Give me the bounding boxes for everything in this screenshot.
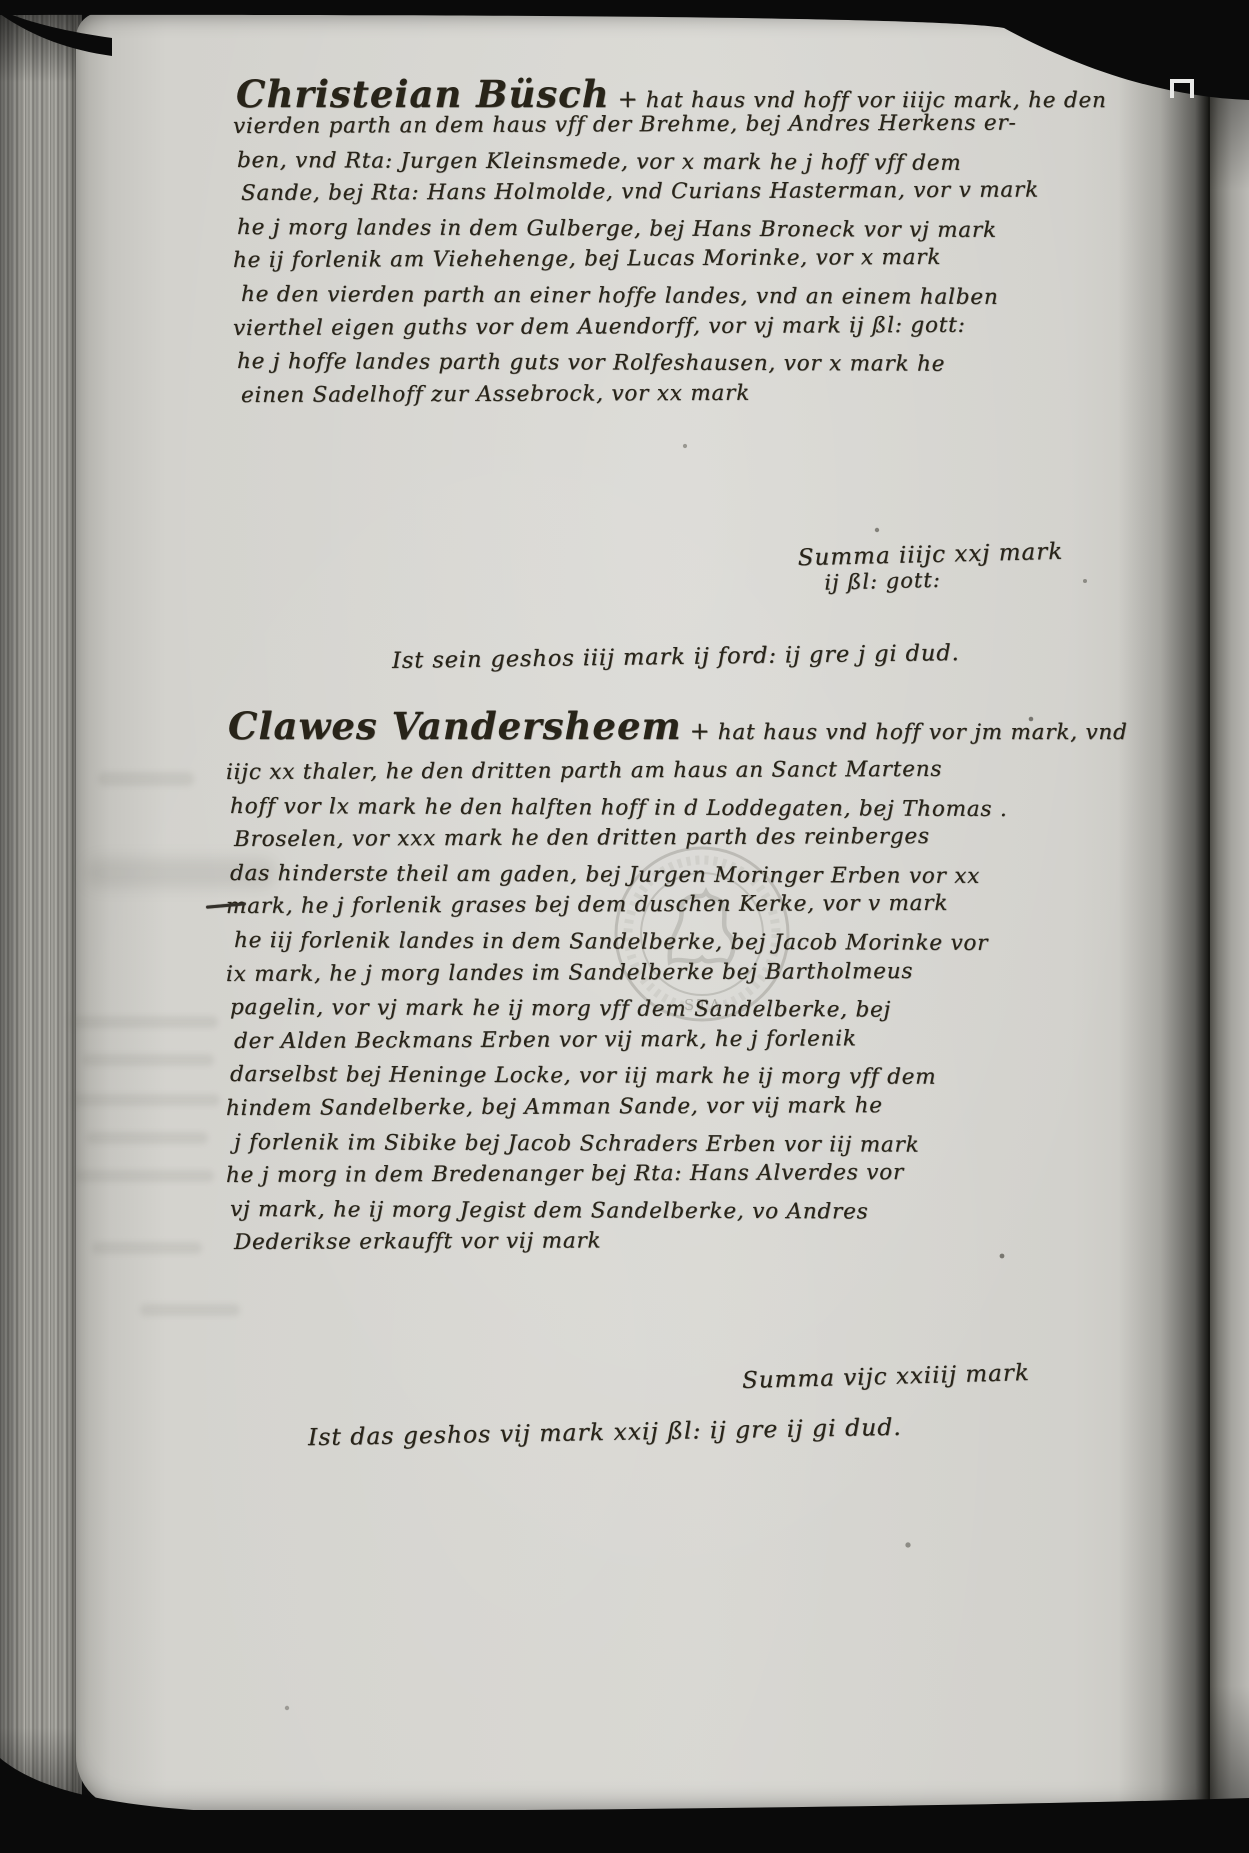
entry-heading-line: Christeian Büsch+hat haus vnd hoff vor i…	[236, 72, 1107, 116]
bleed-through-text	[86, 1132, 208, 1144]
manuscript-line: hindem Sandelberke, bej Amman Sande, vor…	[226, 1093, 1008, 1130]
facing-page-edge	[1210, 88, 1249, 1806]
manuscript-line: einen Sadelhoff zur Assebrock, vor xx ma…	[241, 379, 1039, 416]
name-flourish-mark: +	[682, 717, 718, 745]
bleed-through-text	[92, 1242, 202, 1254]
entry-body-lines: vierden parth an dem haus vff der Brehme…	[233, 114, 1039, 416]
entry-heading-line: Clawes Vandersheem+hat haus vnd hoff vor…	[228, 704, 1128, 748]
ink-speckles	[76, 12, 78, 14]
entry-body-lines: iijc xx thaler, he den dritten parth am …	[226, 760, 1008, 1264]
manuscript-line: ix mark, he j morg landes im Sandelberke…	[226, 958, 1008, 995]
entry-first-line: hat haus vnd hoff vor jm mark, vnd	[718, 720, 1128, 745]
manuscript-line: mark, he j forlenik grases bej dem dusch…	[226, 891, 1008, 928]
entry-first-line: hat haus vnd hoff vor iiijc mark, he den	[646, 88, 1107, 113]
manuscript-line: Dederikse erkaufft vor vij mark	[234, 1227, 1008, 1264]
manuscript-line: vierden parth an dem haus vff der Brehme…	[233, 110, 1039, 147]
name-flourish-mark: +	[610, 85, 646, 113]
book-gutter-shadow	[1118, 12, 1212, 1810]
bleed-through-text	[140, 1304, 240, 1316]
manuscript-line: he ij forlenik am Viehehenge, bej Lucas …	[233, 245, 1039, 282]
summa-annotation: Summa iiijc xxj mark ij ßl: gott:	[797, 539, 1064, 595]
bleed-through-text	[68, 1016, 218, 1028]
manuscript-line: Broselen, vor xxx mark he den dritten pa…	[234, 824, 1008, 861]
entry-name: Clawes Vandersheem	[228, 704, 682, 748]
bleed-through-text	[82, 1054, 214, 1066]
bleed-through-text	[70, 1094, 220, 1106]
entry-name: Christeian Büsch	[236, 72, 610, 116]
bleed-through-text	[98, 772, 194, 786]
manuscript-line: der Alden Beckmans Erben vor vij mark, h…	[234, 1025, 1008, 1062]
page-stack-shading	[0, 10, 82, 1818]
manuscript-line: vierthel eigen guths vor dem Auendorff, …	[233, 312, 1039, 349]
bleed-through-text	[74, 1170, 214, 1182]
manuscript-line: iijc xx thaler, he den dritten parth am …	[226, 757, 1008, 794]
manuscript-line: Sande, bej Rta: Hans Holmolde, vnd Curia…	[241, 178, 1039, 215]
photographed-manuscript: STA Christeian Büsch+hat haus vnd hoff v…	[0, 0, 1249, 1853]
manuscript-line: he j morg in dem Bredenanger bej Rta: Ha…	[226, 1160, 1008, 1197]
